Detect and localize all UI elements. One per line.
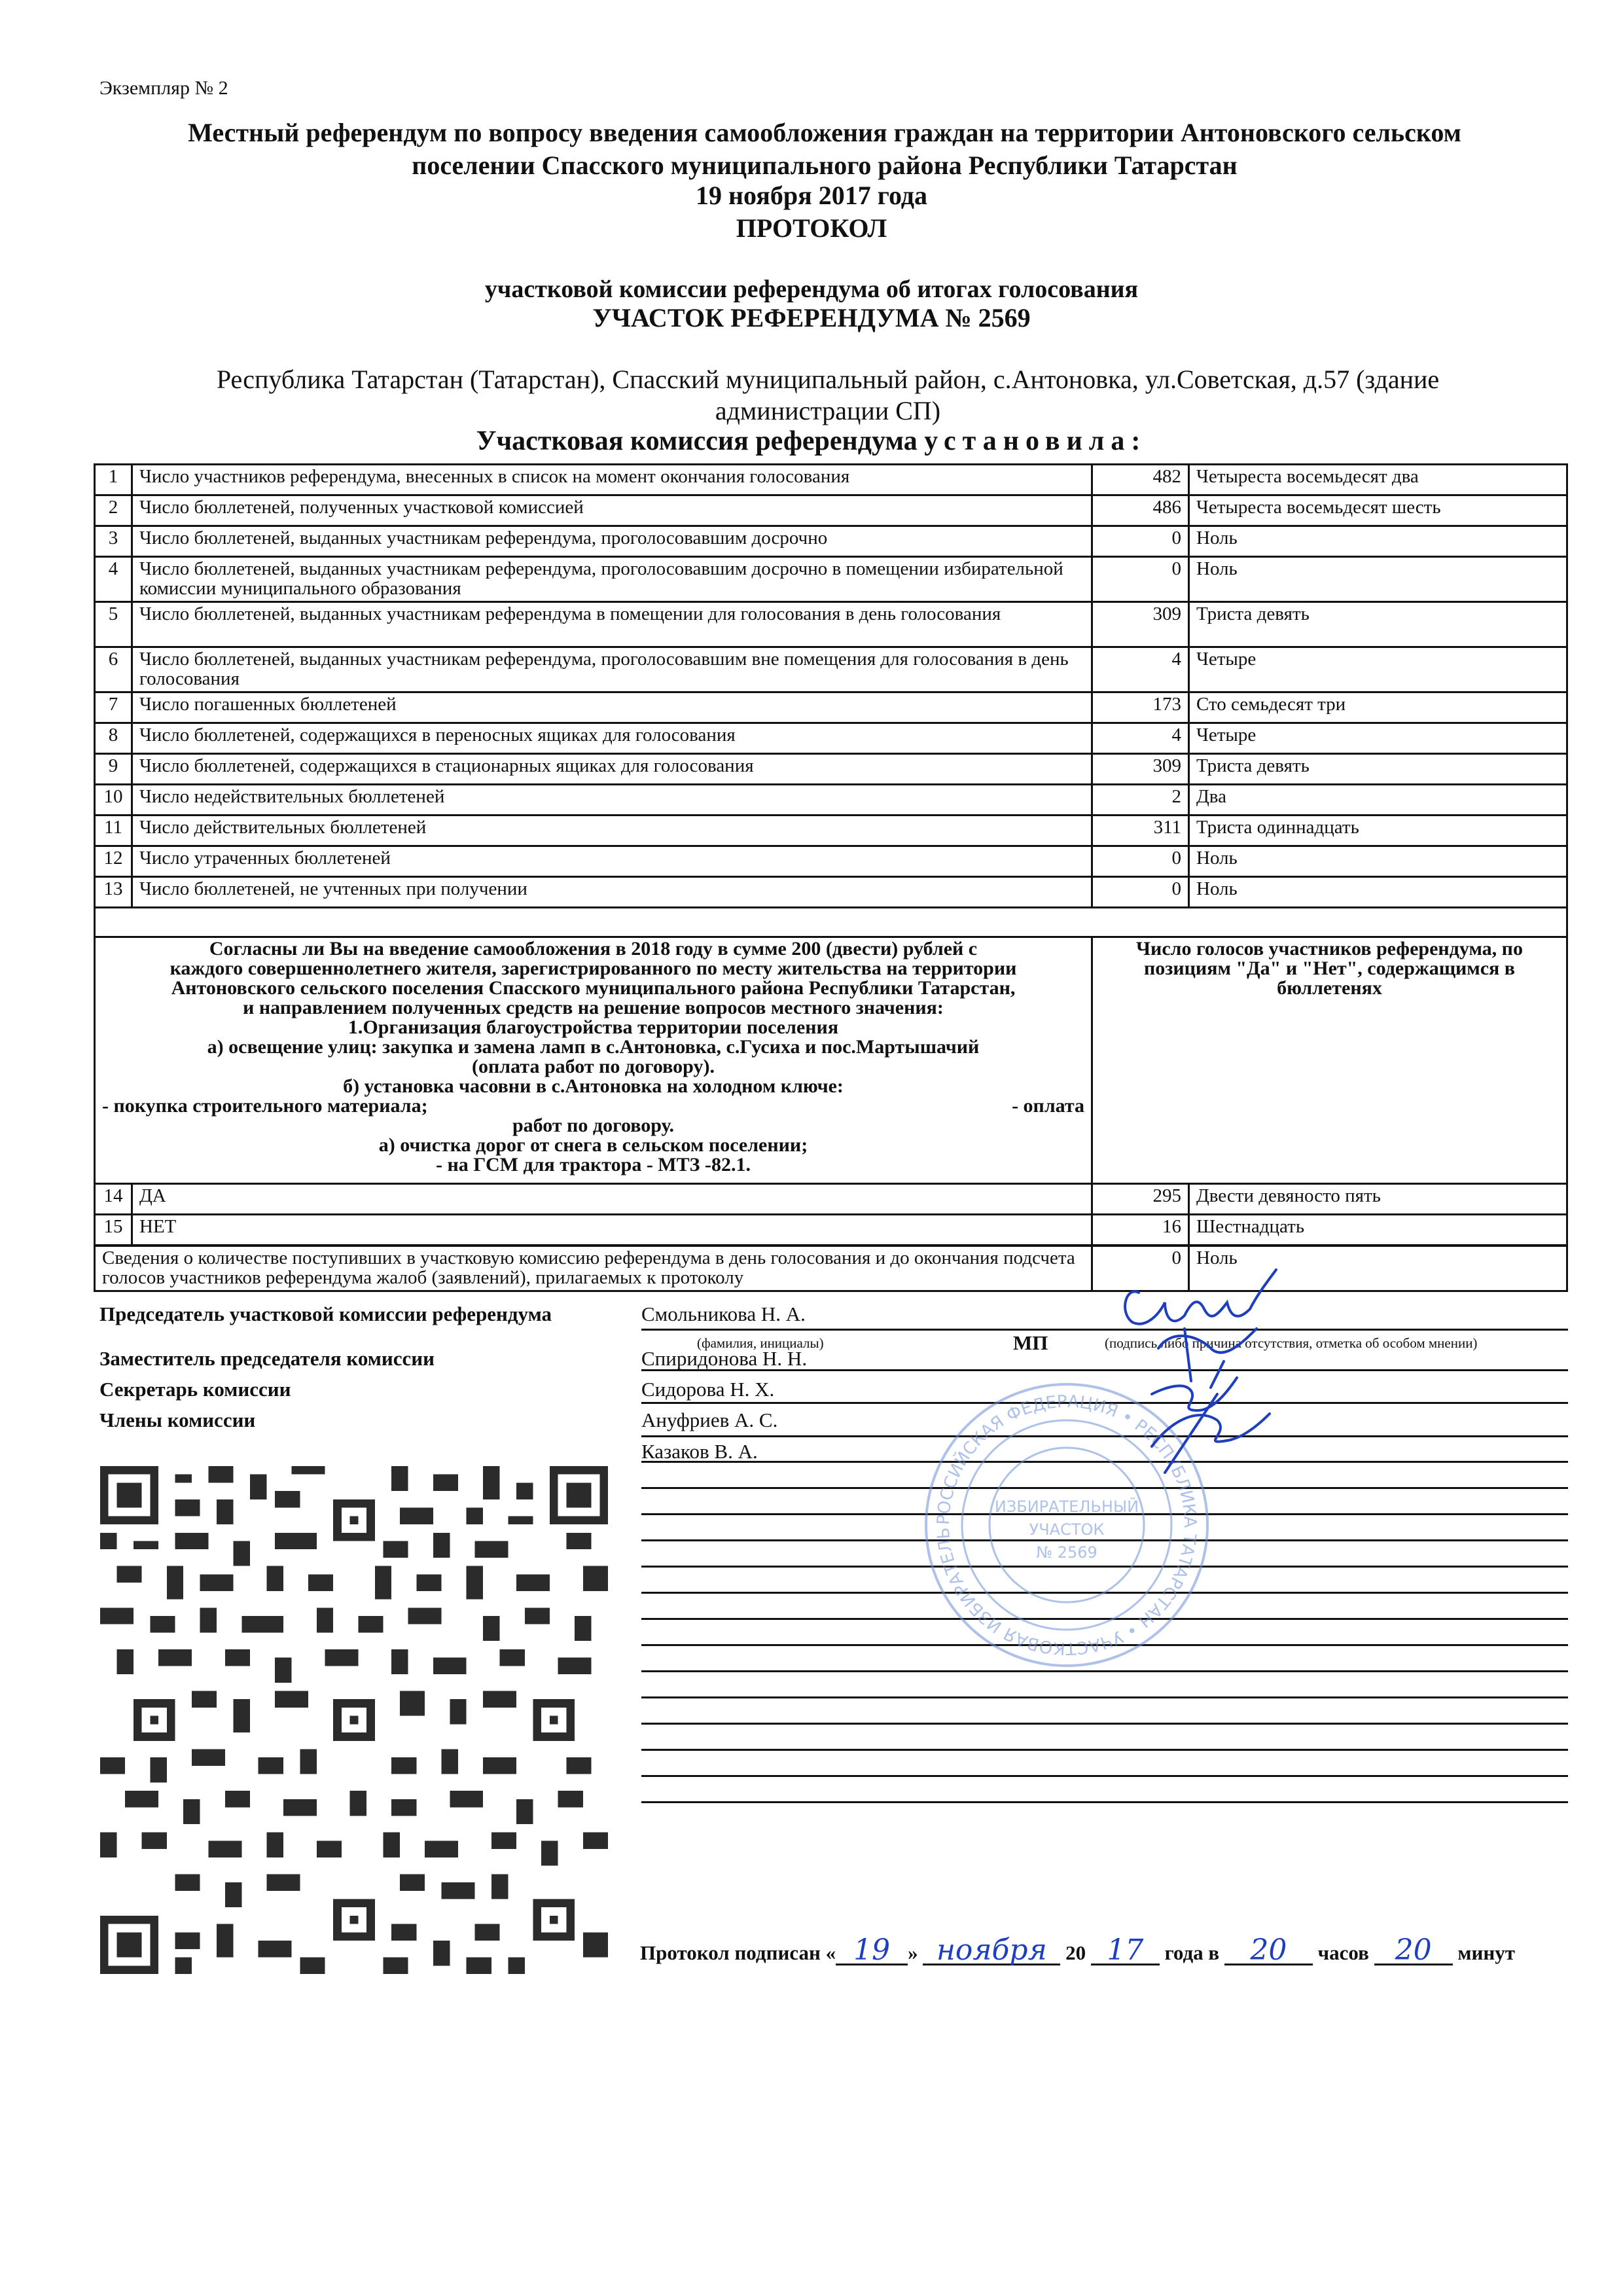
seal-place-label: МП (1013, 1331, 1048, 1355)
table-row: 2Число бюллетеней, полученных участковой… (95, 495, 1567, 526)
spacer-row (95, 908, 1567, 937)
row-number: 9 (95, 754, 132, 785)
row-label: Число бюллетеней, содержащихся в перенос… (132, 723, 1092, 754)
row-value-words: Сто семьдесят три (1189, 692, 1567, 723)
row-label: Число бюллетеней, выданных участникам ре… (132, 526, 1092, 557)
row-number: 2 (95, 495, 132, 526)
row-label: Число утраченных бюллетеней (132, 846, 1092, 877)
row-number: 14 (95, 1184, 132, 1215)
secretary-name: Сидорова Н. Х. (641, 1378, 774, 1401)
document-title: Местный референдум по вопросу введения с… (151, 117, 1499, 182)
spacer-cell (95, 908, 1567, 937)
question-line: Согласны ли Вы на введение самообложения… (102, 939, 1084, 959)
row-value: 0 (1092, 526, 1189, 557)
row-value: 16 (1092, 1215, 1189, 1246)
row-value-words: Четыре (1189, 723, 1567, 754)
svg-text:УЧАСТОК: УЧАСТОК (1029, 1520, 1105, 1539)
row-label: Число бюллетеней, не учтенных при получе… (132, 877, 1092, 908)
signed-month: ноября (923, 1937, 1060, 1965)
row-value: 295 (1092, 1184, 1189, 1215)
blank-line (641, 1775, 1568, 1777)
question-line: работ по договору. (102, 1116, 1084, 1136)
signatures-icon (1113, 1263, 1427, 1479)
row-value-words: Ноль (1189, 526, 1567, 557)
chair-name: Смольникова Н. А. (641, 1302, 806, 1326)
row-number: 8 (95, 723, 132, 754)
svg-text:№ 2569: № 2569 (1036, 1543, 1097, 1562)
row-number: 3 (95, 526, 132, 557)
row-number: 13 (95, 877, 132, 908)
chair-label: Председатель участковой комиссии референ… (99, 1302, 552, 1326)
row-number: 15 (95, 1215, 132, 1246)
row-number: 4 (95, 557, 132, 602)
question-line: (оплата работ по договору). (102, 1057, 1084, 1077)
signature-line (641, 1369, 1568, 1371)
referendum-question: Согласны ли Вы на введение самообложения… (95, 937, 1092, 1184)
precinct-number: УЧАСТОК РЕФЕРЕНДУМА № 2569 (0, 302, 1623, 333)
members-label: Члены комиссии (99, 1408, 255, 1432)
blank-line (641, 1749, 1568, 1751)
results-table: 1Число участников референдума, внесенных… (94, 463, 1568, 1246)
row-value: 0 (1092, 877, 1189, 908)
row-value-words: Шестнадцать (1189, 1215, 1567, 1246)
table-row: 12Число утраченных бюллетеней0Ноль (95, 846, 1567, 877)
question-line: Антоновского сельского поселения Спасско… (102, 978, 1084, 998)
qr-code-icon (99, 1466, 609, 1974)
row-value-words: Ноль (1189, 557, 1567, 602)
votes-header: Число голосов участников референдума, по… (1092, 937, 1567, 1184)
table-row: 8Число бюллетеней, содержащихся в перено… (95, 723, 1567, 754)
row-number: 1 (95, 465, 132, 495)
row-value-words: Триста девять (1189, 754, 1567, 785)
row-value: 482 (1092, 465, 1189, 495)
row-number: 5 (95, 602, 132, 647)
signed-prefix: Протокол подписан « (640, 1941, 836, 1964)
row-value: 309 (1092, 602, 1189, 647)
signature-line (641, 1329, 1568, 1331)
table-row: 10Число недействительных бюллетеней2Два (95, 785, 1567, 816)
row-label: ДА (132, 1184, 1092, 1215)
blank-line (641, 1723, 1568, 1725)
question-line: б) установка часовни в с.Антоновка на хо… (102, 1077, 1084, 1096)
minutes-label: минут (1457, 1941, 1515, 1964)
row-number: 11 (95, 816, 132, 846)
row-value-words: Триста одиннадцать (1189, 816, 1567, 846)
complaints-label: Сведения о количестве поступивших в учас… (95, 1246, 1092, 1291)
row-value: 309 (1092, 754, 1189, 785)
table-row: 3Число бюллетеней, выданных участникам р… (95, 526, 1567, 557)
question-line: а) освещение улиц: закупка и замена ламп… (102, 1037, 1084, 1057)
protocol-signed-line: Протокол подписан «19» ноября 20 17 года… (640, 1937, 1515, 1965)
row-value: 4 (1092, 723, 1189, 754)
table-row: 1Число участников референдума, внесенных… (95, 465, 1567, 495)
question-row: Согласны ли Вы на введение самообложения… (95, 937, 1567, 1184)
table-row: 7Число погашенных бюллетеней173Сто семьд… (95, 692, 1567, 723)
row-value-words: Два (1189, 785, 1567, 816)
question-line: каждого совершеннолетнего жителя, зареги… (102, 959, 1084, 978)
row-number: 12 (95, 846, 132, 877)
question-line-left: - покупка строительного материала; (102, 1096, 428, 1116)
row-label: Число участников референдума, внесенных … (132, 465, 1092, 495)
copy-number: Экземпляр № 2 (99, 77, 228, 99)
question-line: а) очистка дорог от снега в сельском пос… (102, 1136, 1084, 1155)
question-split-line: - покупка строительного материала; - опл… (102, 1096, 1084, 1116)
row-label: Число бюллетеней, выданных участникам ре… (132, 647, 1092, 692)
precinct-address: Республика Татарстан (Татарстан), Спасск… (177, 364, 1479, 427)
question-line: и направлением полученных средств на реш… (102, 998, 1084, 1018)
signed-year: 17 (1091, 1937, 1160, 1965)
row-label: Число действительных бюллетеней (132, 816, 1092, 846)
question-line: - на ГСМ для трактора - МТЗ -82.1. (102, 1155, 1084, 1175)
at-label: года в (1165, 1941, 1220, 1964)
quote-close: » (908, 1941, 918, 1964)
row-value-words: Четыреста восемьдесят два (1189, 465, 1567, 495)
row-label: Число бюллетеней, выданных участникам ре… (132, 602, 1092, 647)
row-value-words: Четыре (1189, 647, 1567, 692)
question-line: 1.Организация благоустройства территории… (102, 1018, 1084, 1037)
table-row: 13Число бюллетеней, не учтенных при полу… (95, 877, 1567, 908)
table-row-yes: 14ДА295Двести девяносто пять (95, 1184, 1567, 1215)
row-value-words: Четыреста восемьдесят шесть (1189, 495, 1567, 526)
row-value-words: Ноль (1189, 846, 1567, 877)
established-prefix: Участковая комиссия референдума (476, 426, 918, 456)
year-prefix: 20 (1065, 1941, 1086, 1964)
hours-label: часов (1318, 1941, 1369, 1964)
row-value: 173 (1092, 692, 1189, 723)
deputy-name: Спиридонова Н. Н. (641, 1347, 807, 1371)
referendum-date: 19 ноября 2017 года (0, 180, 1623, 211)
row-value-words: Ноль (1189, 877, 1567, 908)
row-value: 4 (1092, 647, 1189, 692)
row-number: 10 (95, 785, 132, 816)
row-value: 0 (1092, 557, 1189, 602)
row-value: 0 (1092, 846, 1189, 877)
row-value-words: Триста девять (1189, 602, 1567, 647)
signed-minutes: 20 (1374, 1937, 1453, 1965)
row-value: 311 (1092, 816, 1189, 846)
row-number: 7 (95, 692, 132, 723)
row-number: 6 (95, 647, 132, 692)
table-row: 6Число бюллетеней, выданных участникам р… (95, 647, 1567, 692)
row-label: Число недействительных бюллетеней (132, 785, 1092, 816)
row-label: Число бюллетеней, содержащихся в стацион… (132, 754, 1092, 785)
member-name: Ануфриев А. С. (641, 1408, 777, 1432)
row-label: Число бюллетеней, полученных участковой … (132, 495, 1092, 526)
subtitle: участковой комиссии референдума об итога… (0, 275, 1623, 304)
established-heading: Участковая комиссия референдума установи… (0, 425, 1623, 457)
question-line-right: - оплата (1012, 1096, 1084, 1116)
established-word: установила: (924, 426, 1147, 456)
secretary-label: Секретарь комиссии (99, 1378, 291, 1401)
signed-hours: 20 (1224, 1937, 1313, 1965)
blank-line (641, 1801, 1568, 1803)
signed-day: 19 (836, 1937, 908, 1965)
table-row: 11Число действительных бюллетеней311Трис… (95, 816, 1567, 846)
row-value: 2 (1092, 785, 1189, 816)
row-label: Число погашенных бюллетеней (132, 692, 1092, 723)
row-label: НЕТ (132, 1215, 1092, 1246)
row-label: Число бюллетеней, выданных участникам ре… (132, 557, 1092, 602)
table-row-no: 15НЕТ16Шестнадцать (95, 1215, 1567, 1246)
svg-text:ИЗБИРАТЕЛЬНЫЙ: ИЗБИРАТЕЛЬНЫЙ (995, 1497, 1139, 1516)
row-value-words: Двести девяносто пять (1189, 1184, 1567, 1215)
blank-line (641, 1696, 1568, 1698)
row-value: 486 (1092, 495, 1189, 526)
doc-type-heading: ПРОТОКОЛ (0, 213, 1623, 243)
member-name: Казаков В. А. (641, 1440, 758, 1463)
table-row: 9Число бюллетеней, содержащихся в стацио… (95, 754, 1567, 785)
table-row: 4Число бюллетеней, выданных участникам р… (95, 557, 1567, 602)
table-row: 5Число бюллетеней, выданных участникам р… (95, 602, 1567, 647)
deputy-label: Заместитель председателя комиссии (99, 1347, 435, 1371)
